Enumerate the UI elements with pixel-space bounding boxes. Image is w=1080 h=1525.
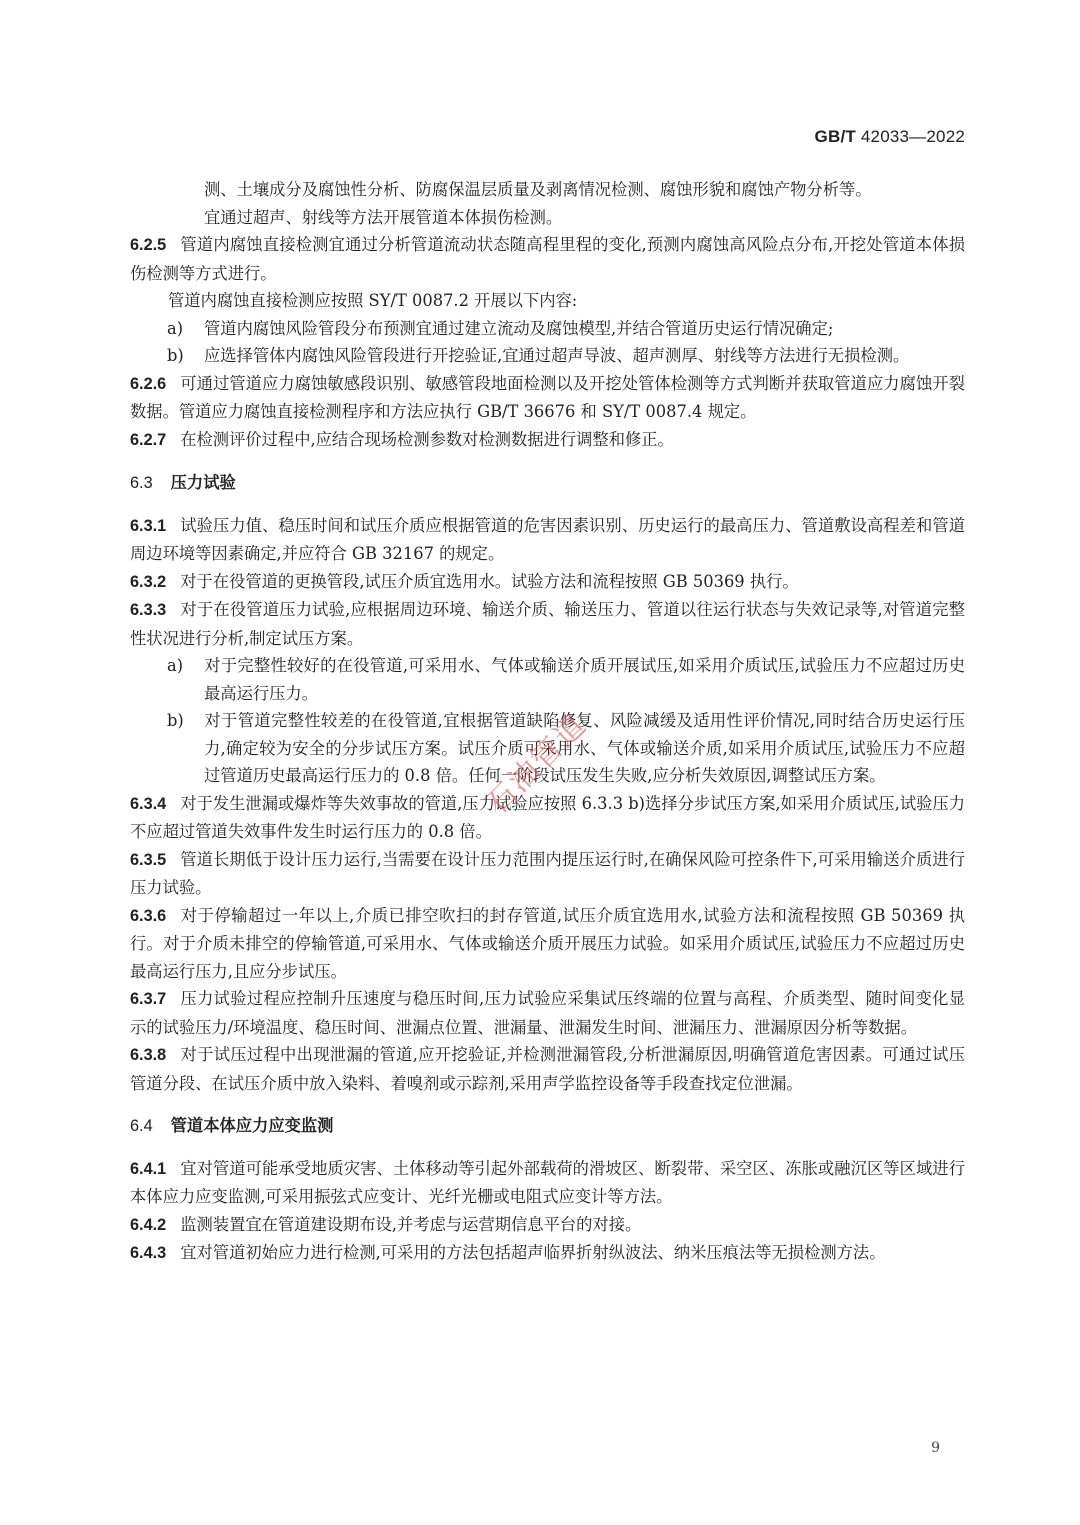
page-number: 9 [931,1440,940,1456]
section-heading-6-4: 6.4管道本体应力应变监测 [130,1113,965,1141]
clause-6-3-3: 6.3.3对于在役管道压力试验,应根据周边环境、输送介质、输送压力、管道以往运行… [130,596,965,652]
list-item-label: a) [167,652,204,680]
document-body: 测、土壤成分及腐蚀性分析、防腐保温层质量及剥离情况检测、腐蚀形貌和腐蚀产物分析等… [130,176,965,1268]
clause-number: 6.3.3 [130,601,166,619]
clause-6-3-7: 6.3.7压力试验过程应控制升压速度与稳压时间,压力试验应采集试压终端的位置与高… [130,985,965,1041]
clause-6-2-5-intro: 管道内腐蚀直接检测应按照 SY/T 0087.2 开展以下内容: [130,287,965,315]
continued-line-2: 宜通过超声、射线等方法开展管道本体损伤检测。 [130,204,965,232]
list-item-text: 对于完整性较好的在役管道,可采用水、气体或输送介质开展试压,如采用介质试压,试验… [204,656,965,703]
clause-text: 对于在役管道的更换管段,试压介质宜选用水。试验方法和流程按照 GB 50369 … [180,572,798,591]
standard-number: 42033—2022 [861,127,965,146]
clause-number: 6.3.2 [130,573,166,591]
clause-number: 6.3.4 [130,795,166,813]
clause-text: 对于在役管道压力试验,应根据周边环境、输送介质、输送压力、管道以往运行状态与失效… [130,600,965,648]
clause-text: 对于停输超过一年以上,介质已排空吹扫的封存管道,试压介质宜选用水,试验方法和流程… [130,906,965,981]
clause-6-3-1: 6.3.1试验压力值、稳压时间和试压介质应根据管道的危害因素识别、历史运行的最高… [130,512,965,568]
list-item-label: b) [167,342,204,370]
clause-number: 6.4.1 [130,1160,166,1178]
clause-6-3-4: 6.3.4对于发生泄漏或爆炸等失效事故的管道,压力试验应按照 6.3.3 b)选… [130,790,965,846]
clause-number: 6.3.1 [130,517,166,535]
list-item: a)管道内腐蚀风险管段分布预测宜通过建立流动及腐蚀模型,并结合管道历史运行情况确… [130,315,965,343]
list-item-text: 应选择管体内腐蚀风险管段进行开挖验证,宜通过超声导波、超声测厚、射线等方法进行无… [204,346,909,365]
clause-6-3-5: 6.3.5管道长期低于设计压力运行,当需要在设计压力范围内提压运行时,在确保风险… [130,846,965,902]
clause-6-2-7: 6.2.7在检测评价过程中,应结合现场检测参数对检测数据进行调整和修正。 [130,426,965,455]
clause-number: 6.2.6 [130,375,166,393]
clause-6-4-2: 6.4.2监测装置宜在管道建设期布设,并考虑与运营期信息平台的对接。 [130,1211,965,1240]
clause-number: 6.3.7 [130,990,166,1008]
section-number: 6.3 [130,474,153,492]
clause-text: 宜对管道可能承受地质灾害、土体移动等引起外部载荷的滑坡区、断裂带、采空区、冻胀或… [130,1159,965,1207]
clause-6-3-2: 6.3.2对于在役管道的更换管段,试压介质宜选用水。试验方法和流程按照 GB 5… [130,568,965,597]
section-title: 压力试验 [171,474,236,492]
list-item-label: b) [167,707,204,735]
clause-text: 监测装置宜在管道建设期布设,并考虑与运营期信息平台的对接。 [180,1215,641,1234]
section-heading-6-3: 6.3压力试验 [130,470,965,498]
clause-number: 6.3.5 [130,851,166,869]
clause-number: 6.4.3 [130,1244,166,1262]
clause-number: 6.2.5 [130,236,166,254]
standard-code-header: GB/T 42033—2022 [815,127,965,147]
clause-text: 管道内腐蚀直接检测宜通过分析管道流动状态随高程里程的变化,预测内腐蚀高风险点分布… [130,235,965,283]
clause-text: 可通过管道应力腐蚀敏感段识别、敏感管段地面检测以及开挖处管体检测等方式判断并获取… [130,374,965,422]
list-item: a)对于完整性较好的在役管道,可采用水、气体或输送介质开展试压,如采用介质试压,… [130,652,965,707]
clause-text: 试验压力值、稳压时间和试压介质应根据管道的危害因素识别、历史运行的最高压力、管道… [130,516,965,564]
clause-6-2-6: 6.2.6可通过管道应力腐蚀敏感段识别、敏感管段地面检测以及开挖处管体检测等方式… [130,370,965,426]
clause-number: 6.2.7 [130,431,166,449]
list-item-text: 对于管道完整性较差的在役管道,宜根据管道缺陷修复、风险减缓及适用性评价情况,同时… [204,711,965,785]
clause-number: 6.4.2 [130,1216,166,1234]
clause-text: 在检测评价过程中,应结合现场检测参数对检测数据进行调整和修正。 [180,430,674,449]
clause-text: 对于发生泄漏或爆炸等失效事故的管道,压力试验应按照 6.3.3 b)选择分步试压… [130,794,965,842]
list-item: b)对于管道完整性较差的在役管道,宜根据管道缺陷修复、风险减缓及适用性评价情况,… [130,707,965,790]
clause-number: 6.3.6 [130,907,166,925]
clause-number: 6.3.8 [130,1046,166,1064]
section-number: 6.4 [130,1117,153,1135]
continued-line-1: 测、土壤成分及腐蚀性分析、防腐保温层质量及剥离情况检测、腐蚀形貌和腐蚀产物分析等… [130,176,965,204]
clause-6-4-3: 6.4.3宜对管道初始应力进行检测,可采用的方法包括超声临界折射纵波法、纳米压痕… [130,1239,965,1268]
list-item: b)应选择管体内腐蚀风险管段进行开挖验证,宜通过超声导波、超声测厚、射线等方法进… [130,342,965,370]
standard-prefix: GB/T [815,127,856,146]
clause-6-4-1: 6.4.1宜对管道可能承受地质灾害、土体移动等引起外部载荷的滑坡区、断裂带、采空… [130,1155,965,1211]
clause-6-3-8: 6.3.8对于试压过程中出现泄漏的管道,应开挖验证,并检测泄漏管段,分析泄漏原因… [130,1041,965,1097]
clause-6-3-6: 6.3.6对于停输超过一年以上,介质已排空吹扫的封存管道,试压介质宜选用水,试验… [130,902,965,986]
clause-text: 压力试验过程应控制升压速度与稳压时间,压力试验应采集试压终端的位置与高程、介质类… [130,989,965,1037]
list-item-label: a) [167,315,204,343]
clause-text: 对于试压过程中出现泄漏的管道,应开挖验证,并检测泄漏管段,分析泄漏原因,明确管道… [130,1045,965,1093]
clause-text: 管道长期低于设计压力运行,当需要在设计压力范围内提压运行时,在确保风险可控条件下… [130,850,965,898]
section-title: 管道本体应力应变监测 [171,1117,334,1135]
list-item-text: 管道内腐蚀风险管段分布预测宜通过建立流动及腐蚀模型,并结合管道历史运行情况确定; [204,319,833,338]
clause-6-2-5: 6.2.5管道内腐蚀直接检测宜通过分析管道流动状态随高程里程的变化,预测内腐蚀高… [130,231,965,287]
clause-text: 宜对管道初始应力进行检测,可采用的方法包括超声临界折射纵波法、纳米压痕法等无损检… [180,1243,885,1262]
